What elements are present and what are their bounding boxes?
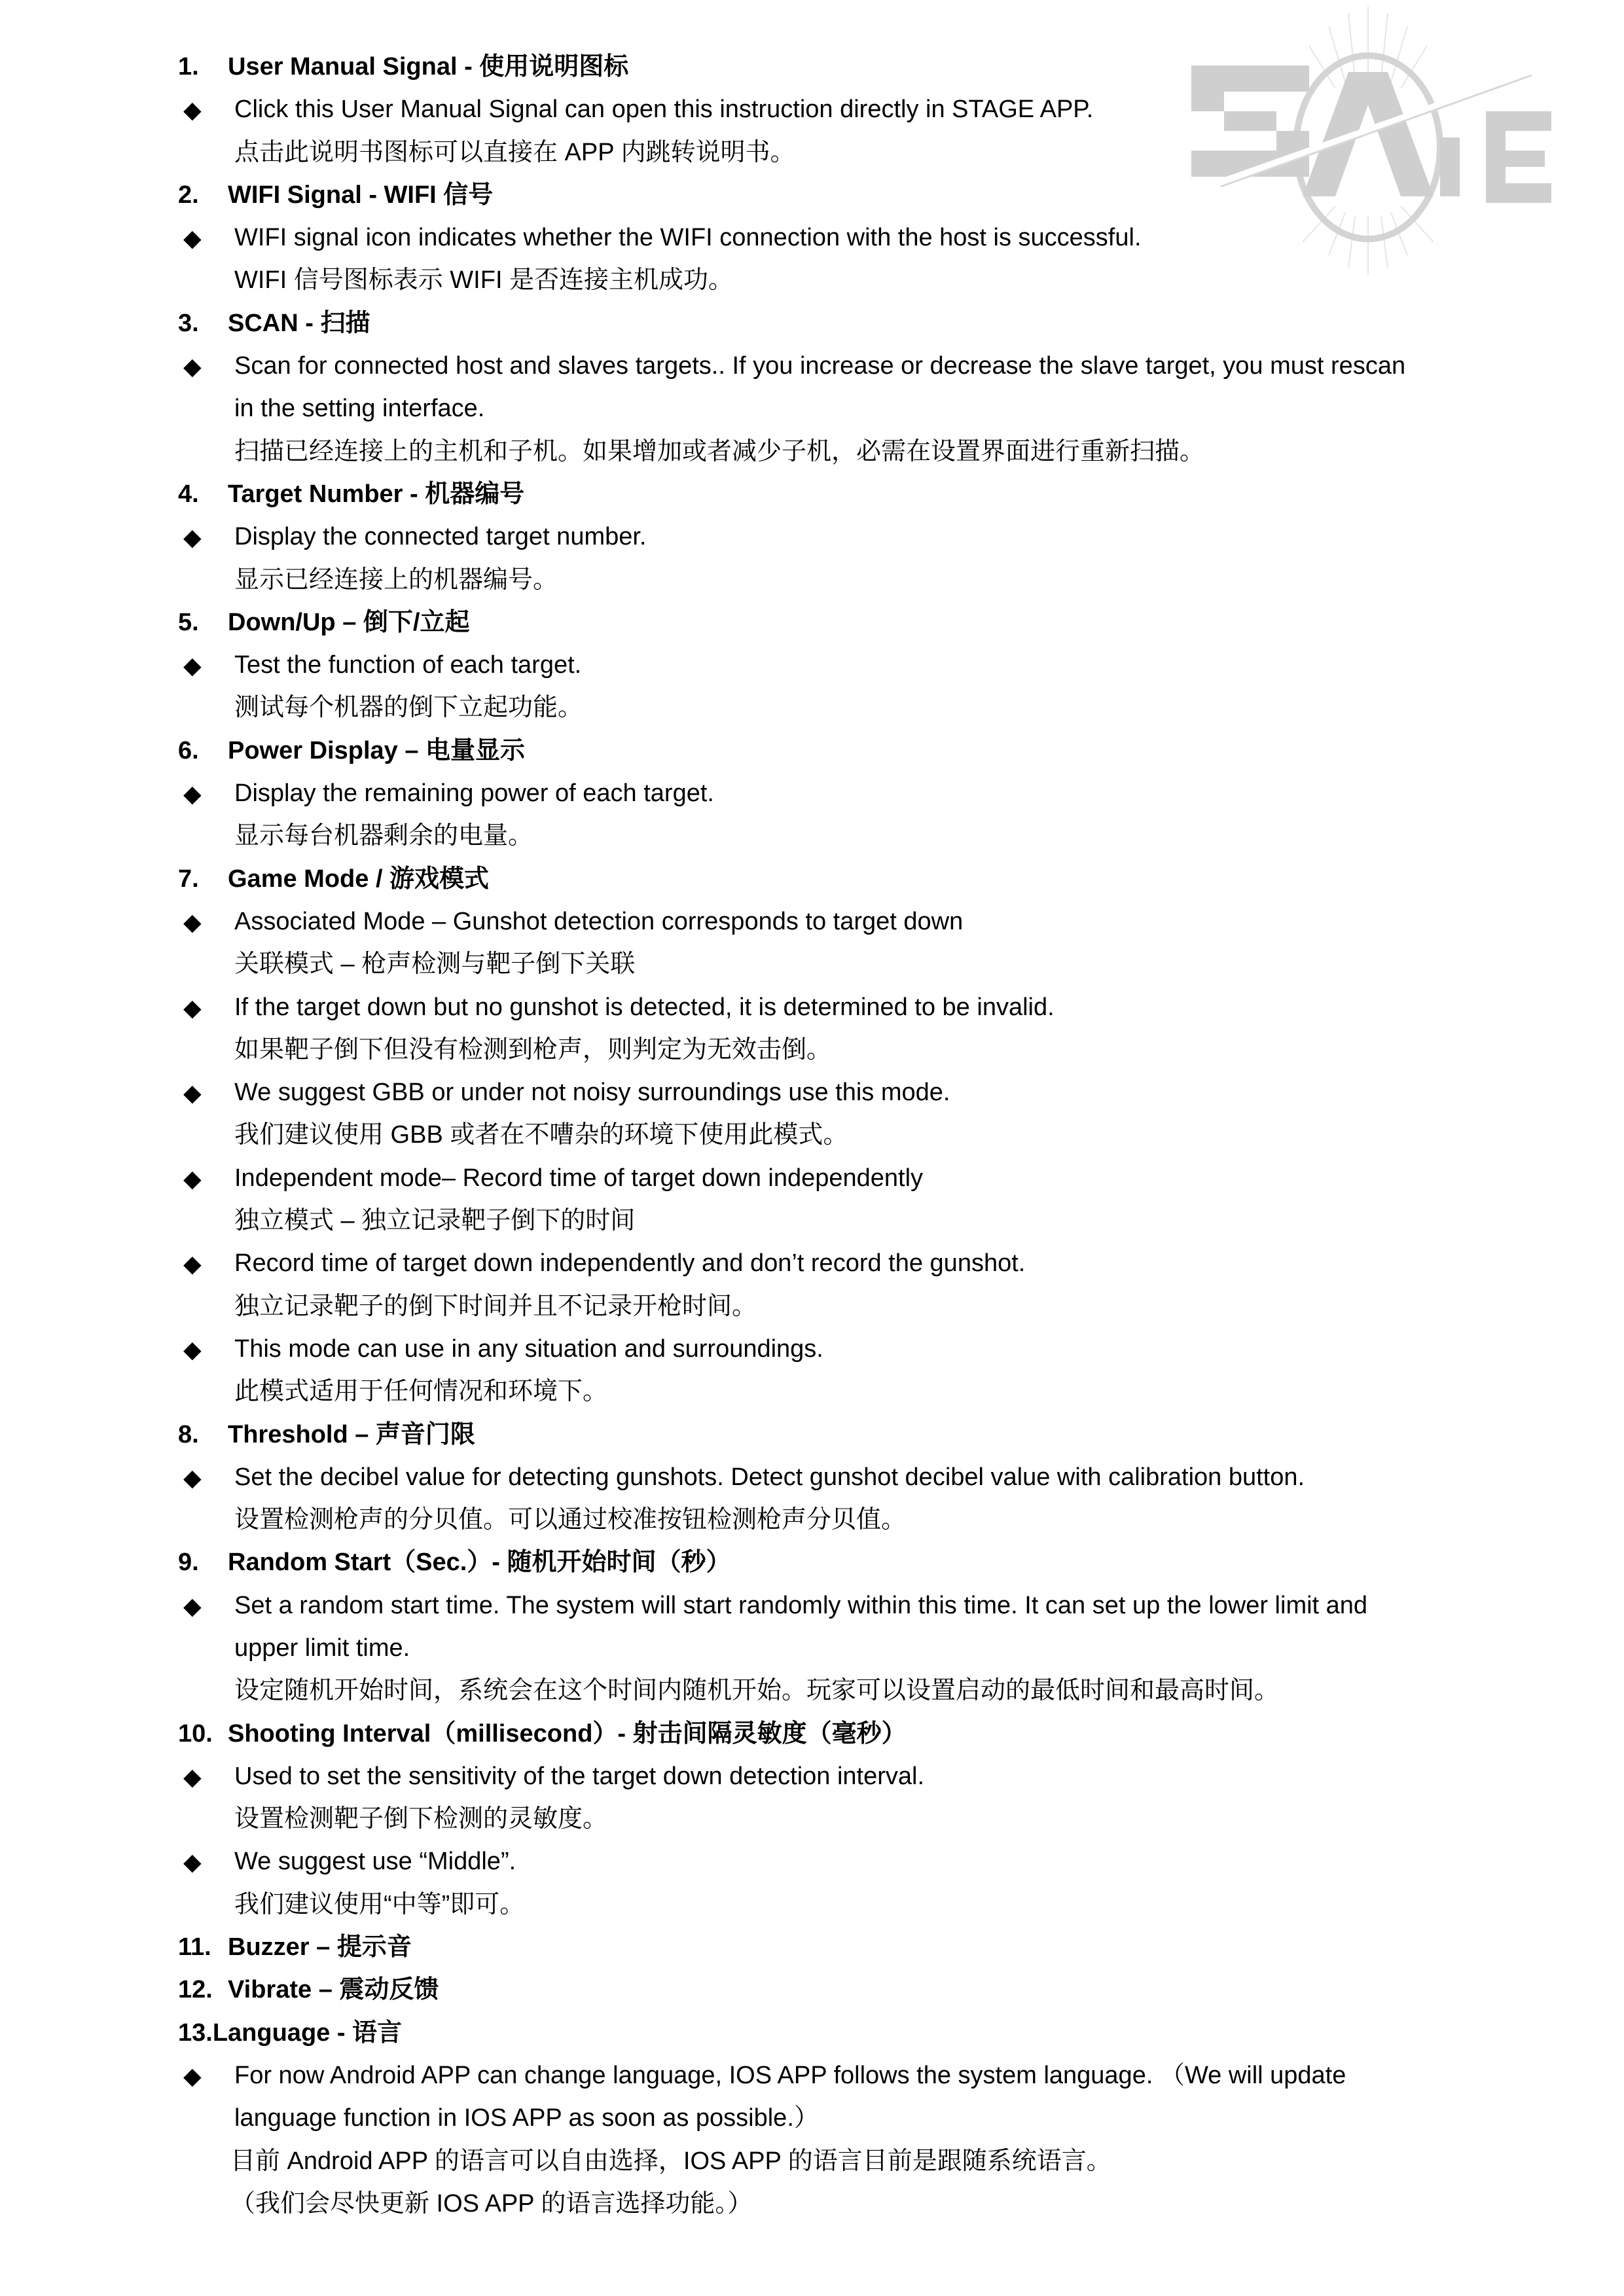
bullet-text-cn: 独立记录靶子的倒下时间并且不记录开枪时间。 [178, 1285, 1487, 1328]
section-title: Buzzer – 提示音 [228, 1933, 412, 1961]
diamond-bullet-icon: ◆ [183, 986, 202, 1029]
section-number: 8. [178, 1414, 228, 1456]
bullet-text-cn: 目前 Android APP 的语言可以自由选择，IOS APP 的语言目前是跟… [178, 2140, 1487, 2183]
section-heading: 3.SCAN - 扫描 [178, 302, 1487, 345]
section-heading: 9.Random Start（Sec.）- 随机开始时间（秒） [178, 1541, 1487, 1584]
section-title: WIFI Signal - WIFI 信号 [228, 181, 493, 209]
section-heading: 1.User Manual Signal - 使用说明图标 [178, 46, 1487, 88]
section-number: 11. [178, 1926, 228, 1969]
bullet-text-en: ◆Independent mode– Record time of target… [178, 1157, 1487, 1200]
bullet-text-cn: 点击此说明书图标可以直接在 APP 内跳转说明书。 [178, 132, 1487, 174]
diamond-bullet-icon: ◆ [183, 901, 202, 943]
bullet-text-cn: 此模式适用于任何情况和环境下。 [178, 1371, 1487, 1413]
section-title: Target Number - 机器编号 [228, 480, 524, 508]
bullet-text-en: ◆We suggest use “Middle”. [178, 1840, 1487, 1883]
bullet-text-en: ◆WIFI signal icon indicates whether the … [178, 217, 1487, 259]
diamond-bullet-icon: ◆ [183, 1840, 202, 1883]
section-number: 10. [178, 1713, 228, 1755]
section-title: Threshold – 声音门限 [228, 1421, 475, 1448]
bullet-text-en: ◆Set a random start time. The system wil… [178, 1585, 1487, 1627]
bullet-text-cn: 我们建议使用 GBB 或者在不嘈杂的环境下使用此模式。 [178, 1114, 1487, 1157]
diamond-bullet-icon: ◆ [183, 1157, 202, 1200]
bullet-text-en: language function in IOS APP as soon as … [178, 2097, 1487, 2140]
section-number: 2. [178, 174, 228, 217]
section-number: 5. [178, 601, 228, 644]
bullet-text-en: ◆If the target down but no gunshot is de… [178, 986, 1487, 1029]
bullet-text-en: ◆Scan for connected host and slaves targ… [178, 345, 1487, 387]
bullet-text-cn: 测试每个机器的倒下立起功能。 [178, 687, 1487, 729]
bullet-text-en: ◆Test the function of each target. [178, 644, 1487, 687]
bullet-text-en: ◆Used to set the sensitivity of the targ… [178, 1755, 1487, 1798]
section-number: 1. [178, 46, 228, 88]
bullet-text-cn: 扫描已经连接上的主机和子机。如果增加或者减少子机，必需在设置界面进行重新扫描。 [178, 431, 1487, 473]
section-number: 12. [178, 1969, 228, 2011]
diamond-bullet-icon: ◆ [183, 516, 202, 558]
bullet-text-en: ◆Associated Mode – Gunshot detection cor… [178, 901, 1487, 943]
bullet-text-cn: 设置检测枪声的分贝值。可以通过校准按钮检测枪声分贝值。 [178, 1499, 1487, 1541]
section-heading: 7.Game Mode / 游戏模式 [178, 858, 1487, 901]
section-title: SCAN - 扫描 [228, 310, 370, 337]
section-title: Random Start（Sec.）- 随机开始时间（秒） [228, 1549, 731, 1576]
bullet-text-cn: 显示已经连接上的机器编号。 [178, 559, 1487, 601]
section-title: Shooting Interval（millisecond）- 射击间隔灵敏度（… [228, 1720, 907, 1748]
section-number: 13. [178, 2012, 213, 2054]
bullet-text-en: ◆We suggest GBB or under not noisy surro… [178, 1071, 1487, 1114]
section-number: 9. [178, 1541, 228, 1584]
section-heading: 11.Buzzer – 提示音 [178, 1926, 1487, 1969]
bullet-text-en: ◆Set the decibel value for detecting gun… [178, 1456, 1487, 1499]
section-title: Power Display – 电量显示 [228, 737, 525, 764]
diamond-bullet-icon: ◆ [183, 1755, 202, 1798]
section-title: User Manual Signal - 使用说明图标 [228, 53, 628, 81]
bullet-text-cn: （我们会尽快更新 IOS APP 的语言选择功能。） [178, 2183, 1487, 2225]
section-title: Vibrate – 震动反馈 [228, 1976, 439, 2003]
bullet-text-cn: 独立模式 – 独立记录靶子倒下的时间 [178, 1200, 1487, 1242]
section-title: Down/Up – 倒下/立起 [228, 609, 469, 636]
manual-content: 1.User Manual Signal - 使用说明图标◆Click this… [178, 46, 1487, 2225]
diamond-bullet-icon: ◆ [183, 88, 202, 131]
section-title: Language - 语言 [213, 2019, 402, 2047]
bullet-text-en: ◆Display the connected target number. [178, 516, 1487, 558]
diamond-bullet-icon: ◆ [183, 1456, 202, 1499]
section-heading: 4.Target Number - 机器编号 [178, 473, 1487, 516]
bullet-text-cn: 我们建议使用“中等”即可。 [178, 1884, 1487, 1926]
bullet-text-en: ◆Click this User Manual Signal can open … [178, 88, 1487, 131]
diamond-bullet-icon: ◆ [183, 772, 202, 815]
section-heading: 6.Power Display – 电量显示 [178, 730, 1487, 772]
diamond-bullet-icon: ◆ [183, 1071, 202, 1114]
bullet-text-en: upper limit time. [178, 1627, 1487, 1670]
diamond-bullet-icon: ◆ [183, 1242, 202, 1285]
diamond-bullet-icon: ◆ [183, 1585, 202, 1627]
diamond-bullet-icon: ◆ [183, 345, 202, 387]
section-heading: 13.Language - 语言 [178, 2012, 1487, 2054]
bullet-text-en: in the setting interface. [178, 387, 1487, 430]
diamond-bullet-icon: ◆ [183, 217, 202, 259]
diamond-bullet-icon: ◆ [183, 1328, 202, 1371]
bullet-text-en: ◆For now Android APP can change language… [178, 2054, 1487, 2097]
section-heading: 10.Shooting Interval（millisecond）- 射击间隔灵… [178, 1713, 1487, 1755]
bullet-text-cn: 设置检测靶子倒下检测的灵敏度。 [178, 1798, 1487, 1840]
section-number: 3. [178, 302, 228, 345]
section-number: 7. [178, 858, 228, 901]
section-heading: 2.WIFI Signal - WIFI 信号 [178, 174, 1487, 217]
section-title: Game Mode / 游戏模式 [228, 865, 489, 893]
bullet-text-en: ◆This mode can use in any situation and … [178, 1328, 1487, 1371]
bullet-text-cn: WIFI 信号图标表示 WIFI 是否连接主机成功。 [178, 259, 1487, 302]
section-number: 4. [178, 473, 228, 516]
section-heading: 5.Down/Up – 倒下/立起 [178, 601, 1487, 644]
bullet-text-cn: 如果靶子倒下但没有检测到枪声，则判定为无效击倒。 [178, 1029, 1487, 1071]
section-number: 6. [178, 730, 228, 772]
diamond-bullet-icon: ◆ [183, 644, 202, 687]
bullet-text-cn: 关联模式 – 枪声检测与靶子倒下关联 [178, 943, 1487, 986]
bullet-text-cn: 设定随机开始时间，系统会在这个时间内随机开始。玩家可以设置启动的最低时间和最高时… [178, 1670, 1487, 1712]
bullet-text-en: ◆Record time of target down independentl… [178, 1242, 1487, 1285]
diamond-bullet-icon: ◆ [183, 2054, 202, 2097]
bullet-text-en: ◆Display the remaining power of each tar… [178, 772, 1487, 815]
bullet-text-cn: 显示每台机器剩余的电量。 [178, 815, 1487, 857]
section-heading: 8.Threshold – 声音门限 [178, 1414, 1487, 1456]
section-heading: 12.Vibrate – 震动反馈 [178, 1969, 1487, 2011]
